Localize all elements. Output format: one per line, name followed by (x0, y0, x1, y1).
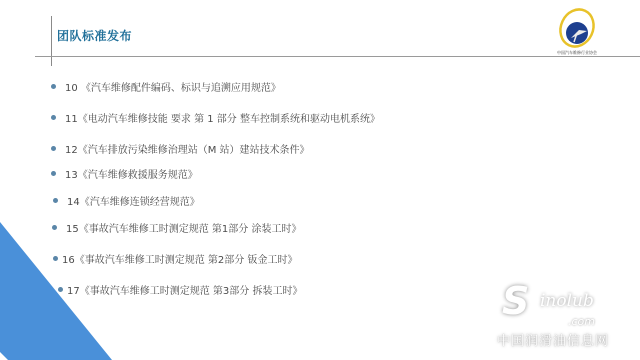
list-item: 10 《汽车维修配件编码、标识与追溯应用规范》 (51, 79, 281, 94)
list-item-text: 12《汽车排放污染维修治理站（M 站）建站技术条件》 (65, 141, 310, 156)
list-item-text: 10 《汽车维修配件编码、标识与追溯应用规范》 (65, 79, 281, 94)
bullet-icon (53, 256, 58, 261)
bullet-icon (52, 225, 57, 230)
bullet-icon (51, 171, 56, 176)
list-item: 11《电动汽车维修技能 要求 第 1 部分 整车控制系统和驱动电机系统》 (51, 110, 380, 125)
watermark-com: .com (568, 315, 595, 328)
list-item: 12《汽车排放污染维修治理站（M 站）建站技术条件》 (51, 141, 310, 156)
bullet-icon (51, 146, 56, 151)
bullet-icon (53, 198, 58, 203)
list-item: 16《事故汽车维修工时测定规范 第2部分 钣金工时》 (53, 251, 297, 266)
list-item: 14《汽车维修连锁经营规范》 (53, 193, 200, 208)
bullet-icon (58, 287, 63, 292)
bullet-icon (51, 115, 56, 120)
bullet-icon (51, 84, 56, 89)
list-item-text: 17《事故汽车维修工时测定规范 第3部分 拆装工时》 (67, 282, 302, 297)
list-item-text: 15《事故汽车维修工时测定规范 第1部分 涂装工时》 (66, 220, 301, 235)
watermark-site-name: 中国润滑油信息网 (497, 330, 609, 349)
logo-caption: 中国汽车维修行业协会 (547, 50, 607, 56)
list-item-text: 13《汽车维修救援服务规范》 (65, 166, 198, 181)
list-item-text: 14《汽车维修连锁经营规范》 (67, 193, 200, 208)
slide-title: 团队标准发布 (57, 27, 132, 44)
list-item: 15《事故汽车维修工时测定规范 第1部分 涂装工时》 (52, 220, 301, 235)
list-item-text: 16《事故汽车维修工时测定规范 第2部分 钣金工时》 (62, 251, 297, 266)
list-item-text: 11《电动汽车维修技能 要求 第 1 部分 整车控制系统和驱动电机系统》 (65, 110, 380, 125)
watermark-s: S (502, 282, 529, 320)
title-vertical-rule (51, 16, 52, 66)
watermark-inolub: inolub (540, 291, 594, 311)
list-item: 13《汽车维修救援服务规范》 (51, 166, 198, 181)
list-item: 17《事故汽车维修工时测定规范 第3部分 拆装工时》 (58, 282, 302, 297)
